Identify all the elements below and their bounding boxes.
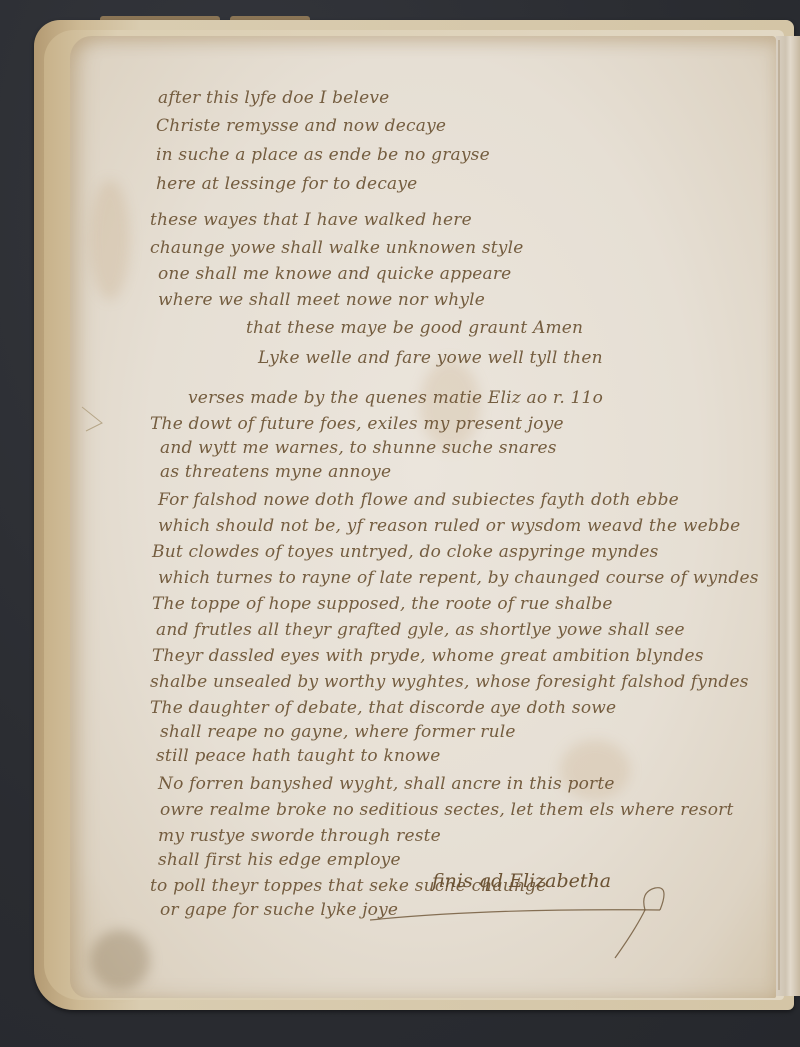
manuscript-line: or gape for suche lyke joye: [160, 900, 398, 920]
manuscript-line: verses made by the quenes matie Eliz ao …: [188, 388, 603, 408]
manuscript-line: But clowdes of toyes untryed, do cloke a…: [152, 542, 659, 562]
manuscript-line: and wytt me warnes, to shunne suche snar…: [160, 438, 557, 458]
scan-background: after this lyfe doe I beleveChriste remy…: [0, 0, 800, 1047]
manuscript-line: here at lessinge for to decaye: [156, 174, 417, 194]
manuscript-line: The daughter of debate, that discorde ay…: [150, 698, 616, 718]
manuscript-line: owre realme broke no seditious sectes, l…: [160, 800, 734, 820]
manuscript-line: and frutles all theyr grafted gyle, as s…: [156, 620, 685, 640]
manuscript-line: which should not be, yf reason ruled or …: [158, 516, 740, 536]
manuscript-line: shall reape no gayne, where former rule: [160, 722, 516, 742]
signature-flourish: [370, 880, 670, 960]
manuscript-line: The toppe of hope supposed, the roote of…: [152, 594, 613, 614]
manuscript-line: my rustye sworde through reste: [158, 826, 441, 846]
gutter-crease: [778, 40, 780, 990]
torn-fold-mark: [80, 405, 108, 435]
manuscript-line: these wayes that I have walked here: [150, 210, 472, 230]
manuscript-line: chaunge yowe shall walke unknowen style: [150, 238, 523, 258]
manuscript-line: still peace hath taught to knowe: [156, 746, 441, 766]
manuscript-line: For falshod nowe doth flowe and subiecte…: [158, 490, 679, 510]
manuscript-line: No forren banyshed wyght, shall ancre in…: [158, 774, 615, 794]
manuscript-line: where we shall meet nowe nor whyle: [158, 290, 485, 310]
manuscript-line: shalbe unsealed by worthy wyghtes, whose…: [150, 672, 749, 692]
manuscript-line: that these maye be good graunt Amen: [246, 318, 583, 338]
manuscript-line: which turnes to rayne of late repent, by…: [158, 568, 759, 588]
manuscript-line: Lyke welle and fare yowe well tyll then: [258, 348, 603, 368]
manuscript-line: in suche a place as ende be no grayse: [156, 145, 490, 165]
manuscript-line: shall first his edge employe: [158, 850, 401, 870]
paper-stain: [90, 930, 150, 990]
manuscript-line: one shall me knowe and quicke appeare: [158, 264, 511, 284]
paper-stain: [90, 180, 130, 300]
manuscript-line: The dowt of future foes, exiles my prese…: [150, 414, 564, 434]
manuscript-line: as threatens myne annoye: [160, 462, 391, 482]
manuscript-line: Theyr dassled eyes with pryde, whome gre…: [152, 646, 704, 666]
manuscript-line: after this lyfe doe I beleve: [158, 88, 389, 108]
manuscript-line: Christe remysse and now decaye: [156, 116, 446, 136]
